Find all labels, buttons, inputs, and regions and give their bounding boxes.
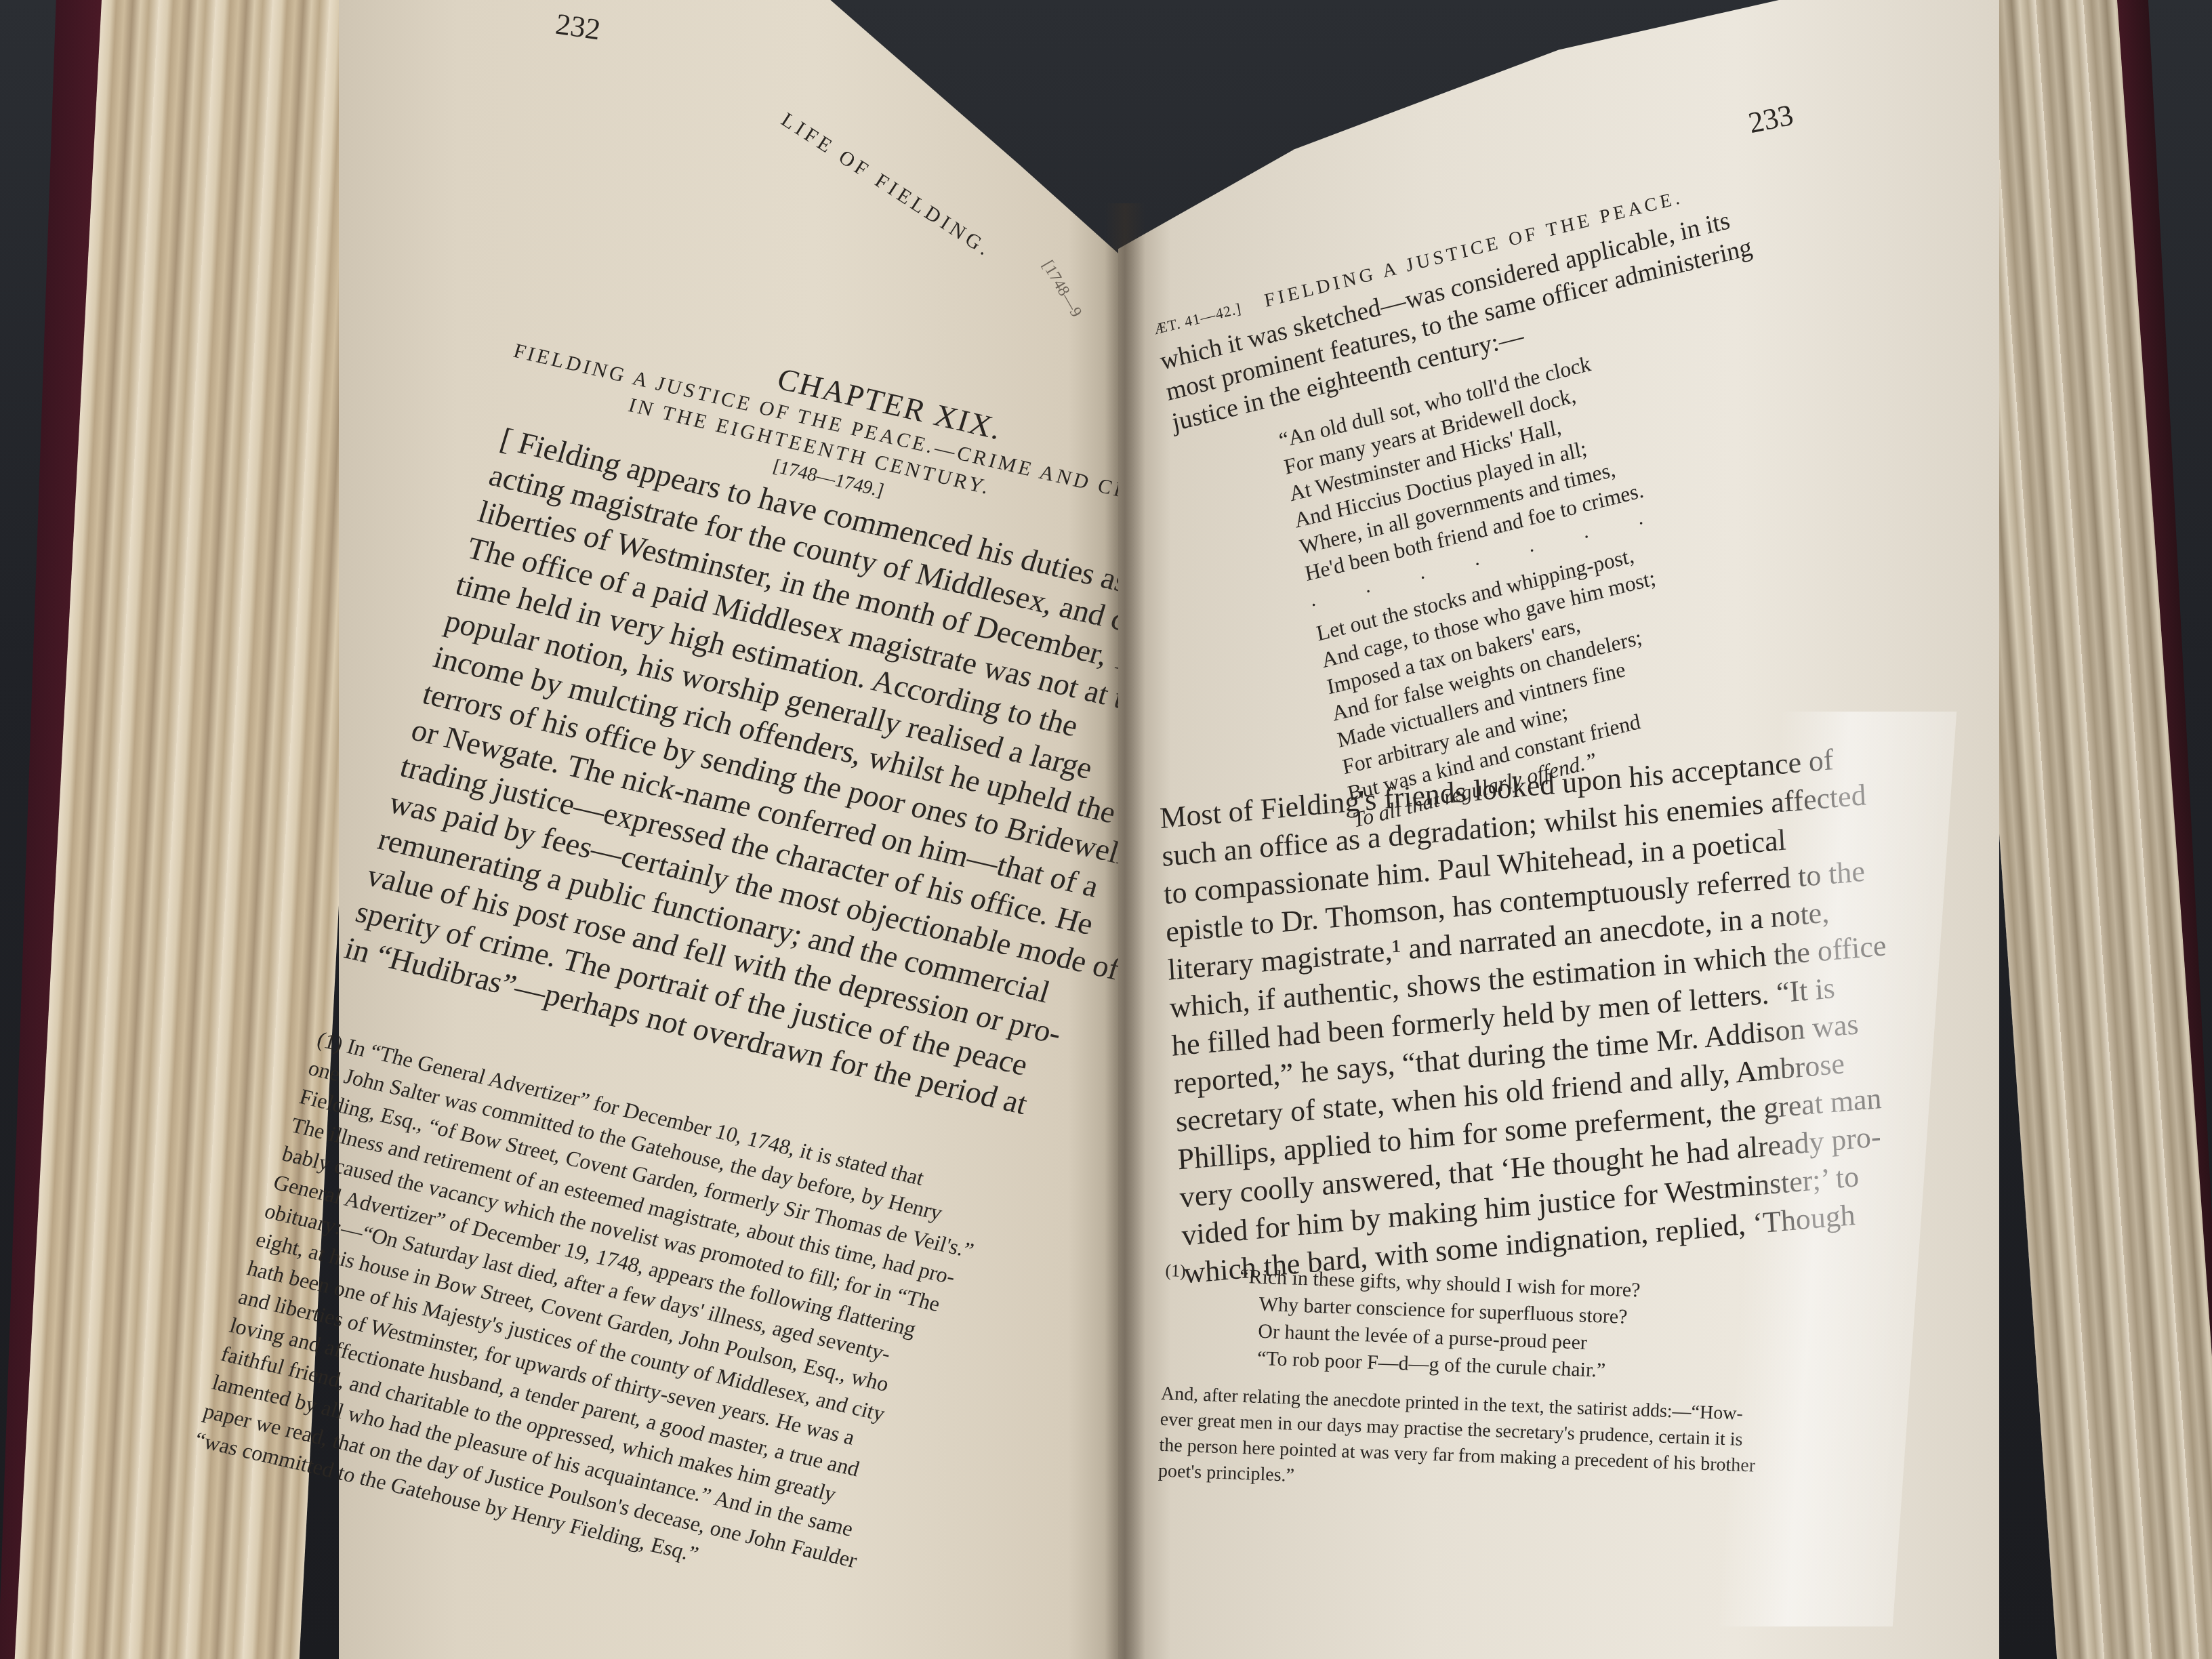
left-page-number: 232 [554, 7, 602, 47]
gutter-shadow [1105, 203, 1145, 1659]
footnote-marker: (1) [1165, 1261, 1186, 1282]
